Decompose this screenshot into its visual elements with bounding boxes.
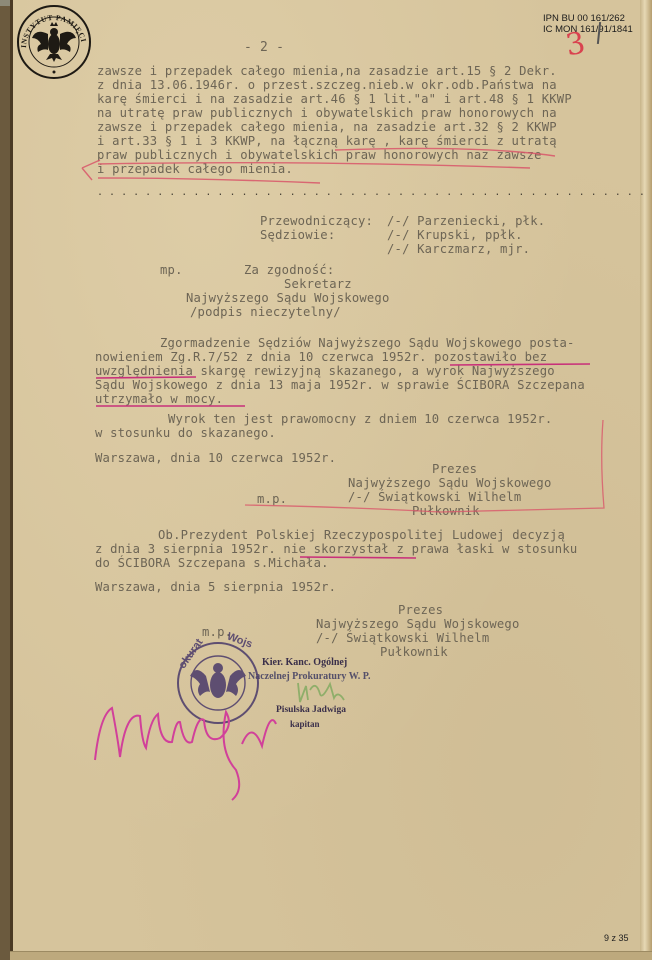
president-rank: Pułkownik [380,645,448,659]
president-rank: Pułkownik [412,504,480,518]
clemency-line: z dnia 3 sierpnia 1952r. nie skorzystał … [95,542,577,556]
presiding-label: Przewodniczący: [260,214,373,228]
archive-reference: IPN BU 00 161/262 IC MON 161/91/1841 [543,14,633,35]
sentence-line: z dnia 13.06.1946r. o przest.szczeg.nieb… [97,78,557,92]
final-line: Wyrok ten jest prawomocny z dniem 10 cze… [168,412,552,426]
dotted-separator: . . . . . . . . . . . . . . . . . . . . … [97,186,652,200]
assembly-line: utrzymało w mocy. [95,392,223,406]
certification-mp: mp. [160,263,183,277]
place-date-2: Warszawa, dnia 5 sierpnia 1952r. [95,580,336,594]
assembly-line: uwzględnienia skargę rewizyjną skazanego… [95,364,555,378]
office-stamp-name: Pisulska Jadwiga [276,705,346,715]
president-name: /-/ Świątkowski Wilhelm [316,631,489,645]
president-title: Prezes [398,603,443,617]
president-mp: m.p. [257,492,287,506]
sentence-line: zawsze i przepadek całego mienia, na zas… [97,120,557,134]
certification-conformity: Za zgodność: [244,263,334,277]
page-counter: 9 z 35 [604,933,629,943]
sentence-line: praw publicznych i obywatelskich praw ho… [97,148,542,162]
judge-2-name: /-/ Karczmarz, mjr. [387,242,530,256]
president-court: Najwyższego Sądu Wojskowego [316,617,520,631]
president-court: Najwyższego Sądu Wojskowego [348,476,552,490]
president-name: /-/ Świątkowski Wilhelm [348,490,521,504]
archive-ref-line-2: IC MON 161/91/1841 [543,25,633,36]
sentence-line: zawsze i przepadek całego mienia,na zasa… [97,64,557,78]
judges-label: Sędziowie: [260,228,335,242]
page-number: - 2 - [244,41,284,55]
office-stamp-line-1: Kier. Kanc. Ogólnej [262,657,347,668]
clemency-line: do ŚCIBORA Szczepana s.Michała. [95,556,329,570]
president-title: Prezes [432,462,477,476]
sentence-line: karę śmierci i na zasadzie art.46 § 1 li… [97,92,572,106]
presiding-name: /-/ Parzeniecki, płk. [387,214,545,228]
sentence-line: i przepadek całego mienia. [97,162,293,176]
office-stamp-line-2: Naczelnej Prokuratury W. P. [248,671,371,682]
assembly-line: Zgormadzenie Sędziów Najwyższego Sądu Wo… [160,336,575,350]
polish-eagle-seal-icon: INSTYTUT PAMIĘCI NARODOWEJ [16,4,92,80]
certification-court: Najwyższego Sądu Wojskowego [186,291,390,305]
page-right-edge [640,0,652,960]
sentence-line: i art.33 § 1 i 3 KKWP, na łączną karę , … [97,134,557,148]
sentence-line: na utratę praw publicznych i obywatelski… [97,106,557,120]
certification-signature-note: /podpis nieczytelny/ [190,305,341,319]
final-line: w stosunku do skazanego. [95,426,276,440]
assembly-line: nowieniem Zg.R.7/52 z dnia 10 czerwca 19… [95,350,547,364]
certification-title: Sekretarz [284,277,352,291]
assembly-line: Sądu Wojskowego z dnia 13 maja 1952r. w … [95,378,585,392]
president-mp: m.p. [202,625,232,639]
page-bottom-edge [10,951,652,960]
office-stamp-rank: kapitan [290,719,320,729]
place-date-1: Warszawa, dnia 10 czerwca 1952r. [95,451,336,465]
judge-1-name: /-/ Krupski, ppłk. [387,228,523,242]
clemency-line: Ob.Prezydent Polskiej Rzeczypospolitej L… [158,528,565,542]
archive-ref-line-1: IPN BU 00 161/262 [543,14,633,25]
